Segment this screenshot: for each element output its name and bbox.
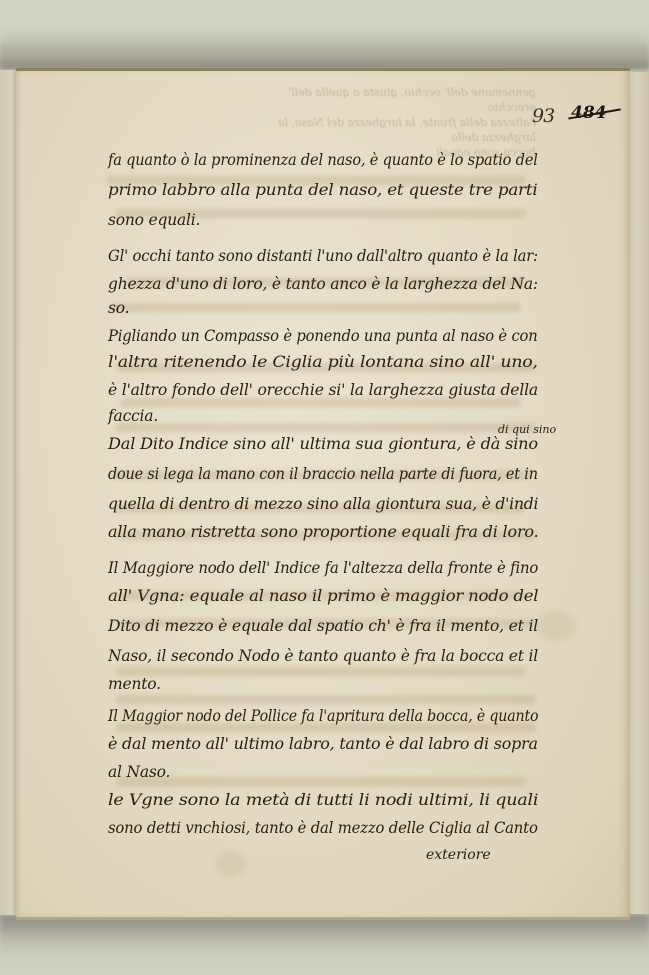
text-line: quella di dentro di mezzo sino alla gion… <box>108 495 538 513</box>
show-through-text: gennemone dell' occhio, giusta a quella … <box>276 85 536 160</box>
catchword: exteriore <box>426 847 491 863</box>
text-line: mento. <box>108 675 161 693</box>
text-line: Gl' occhi tanto sono distanti l'uno dall… <box>108 247 538 265</box>
manuscript-page: gennemone dell' occhio, giusta a quella … <box>16 68 630 920</box>
interlinear-insertion: di qui sino <box>498 423 556 436</box>
text-line: alla mano ristretta sono proportione equ… <box>108 523 539 541</box>
text-line: Il Maggiore nodo dell' Indice fa l'altez… <box>108 559 538 577</box>
text-line: è dal mento all' ultimo labro, tanto è d… <box>108 735 538 753</box>
folio-number: 93 <box>532 105 554 127</box>
right-page-edge <box>628 72 649 914</box>
text-line: è l'altro fondo dell' orecchie si' la la… <box>108 381 538 399</box>
paper-stain <box>216 851 246 877</box>
text-line: al Naso. <box>108 763 170 781</box>
text-line: all' Vgna: equale al naso il primo è mag… <box>108 587 538 605</box>
text-line: so. <box>108 299 129 317</box>
text-line: fa quanto ò la prominenza del naso, è qu… <box>108 151 538 169</box>
text-line: Il Maggior nodo del Pollice fa l'apritur… <box>108 707 538 725</box>
text-line: Naso, il secondo Nodo è tanto quanto è f… <box>108 647 538 665</box>
top-shadow <box>0 30 649 70</box>
text-line: le Vgne sono la metà di tutti li nodi ul… <box>108 791 538 809</box>
text-line: Pigliando un Compasso è ponendo una punt… <box>108 327 538 345</box>
text-line: Dal Dito Indice sino all' ultima sua gio… <box>108 435 538 453</box>
text-line: ghezza d'uno di loro, è tanto anco è la … <box>108 275 538 293</box>
left-page-edge <box>0 70 17 915</box>
bottom-shadow <box>0 915 649 953</box>
text-line: sono detti vnchiosi, tanto è dal mezzo d… <box>108 819 538 837</box>
text-line: l'altra ritenendo le Ciglia più lontana … <box>108 353 538 371</box>
text-line: Dito di mezzo è equale dal spatio ch' è … <box>108 617 538 635</box>
text-line: faccia. <box>108 407 158 425</box>
struck-folio-number: 484 <box>571 103 607 123</box>
text-line: primo labbro alla punta del naso, et que… <box>108 181 537 199</box>
text-line: sono equali. <box>108 211 200 229</box>
text-line: doue si lega la mano con il braccio nell… <box>108 465 538 483</box>
paper-stain <box>536 611 576 641</box>
